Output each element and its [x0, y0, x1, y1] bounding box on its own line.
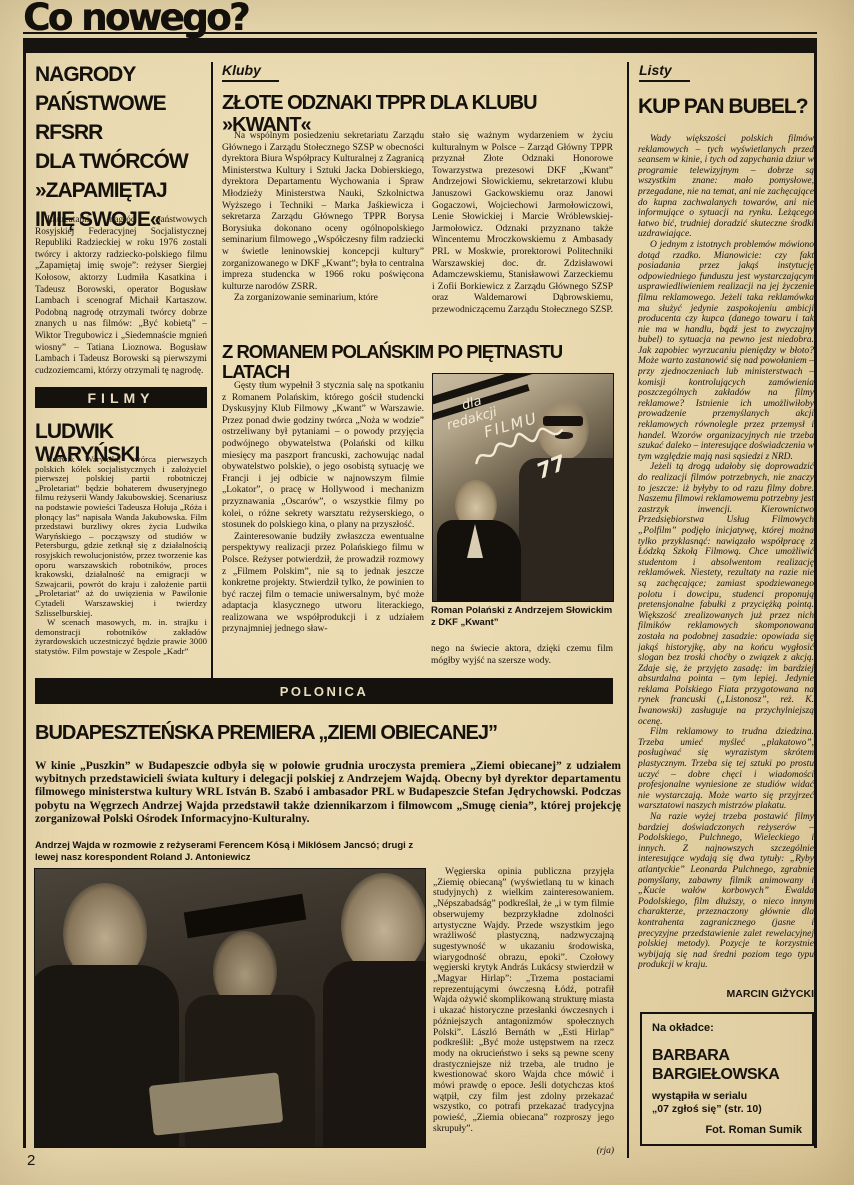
cover-box-label: Na okładce:	[652, 1022, 714, 1034]
filmy-section-label: FILMY	[88, 390, 155, 406]
wajda-photo	[35, 869, 425, 1147]
budapest-article-lead: W kinie „Puszkin” w Budapeszcie odbyła s…	[35, 760, 621, 838]
awards-article-body: Laureatami nagród państwowych Rosyjskiej…	[35, 215, 207, 375]
kwant-article-col1: Na wspólnym posiedzeniu sekretariatu Zar…	[222, 131, 424, 345]
polanski-photo: dla redakcji FILMU 77	[433, 374, 613, 601]
photo-polanski-jacket	[437, 520, 521, 601]
polanski-paragraph-1: Gęsty tłum wypełnił 3 stycznia salę na s…	[222, 381, 424, 532]
cover-box-subtitle: wystąpiła w serialu „07 zgłoś się” (str.…	[652, 1090, 762, 1116]
left-frame-rule	[23, 38, 26, 1148]
warynski-paragraph-2: W scenach masowych, m. in. strajku i dem…	[35, 618, 207, 656]
wajda-photo-caption: Andrzej Wajda w rozmowie z reżyserami Fe…	[35, 840, 439, 863]
cover-reference-box: Na okładce: BARBARA BARGIEŁOWSKA wystąpi…	[640, 1012, 814, 1146]
top-thick-rule	[23, 38, 817, 53]
cover-box-name: BARBARA BARGIEŁOWSKA	[652, 1046, 779, 1084]
polonica-section-label: POLONICA	[280, 684, 369, 699]
kluby-kicker: Kluby	[222, 62, 279, 82]
bubel-paragraph-1: Wady większości polskich filmów reklamow…	[638, 134, 814, 240]
magazine-page: Co nowego? NAGRODY PAŃSTWOWE RFSRR DLA T…	[0, 0, 854, 1185]
polanski-article-body: Gęsty tłum wypełnił 3 stycznia salę na s…	[222, 381, 424, 677]
polonica-section-banner: POLONICA	[35, 678, 613, 704]
awards-paragraph: Laureatami nagród państwowych Rosyjskiej…	[35, 215, 207, 375]
warynski-article-body: Ludwik Waryński, twórca pierwszych polsk…	[35, 455, 207, 677]
top-thin-rule	[23, 32, 817, 34]
warynski-paragraph-1: Ludwik Waryński, twórca pierwszych polsk…	[35, 455, 207, 618]
budapest-review-body: Węgierska opinia publiczna przyjęła „Zie…	[433, 867, 614, 1145]
polanski-photo-caption: Roman Polański z Andrzejem Słowickim z D…	[431, 605, 613, 628]
polanski-article-continuation: nego na świecie aktora, dzięki czemu fil…	[431, 644, 613, 672]
polanski-paragraph-2: Zainteresowanie budziły zwłaszcza ewentu…	[222, 532, 424, 636]
bubel-paragraph-3: Jeżeli tą drogą udałoby się doprowadzić …	[638, 462, 814, 727]
kwant-article-col2: stało się ważnym wydarzeniem w życiu kul…	[432, 131, 613, 333]
column-divider-left	[211, 62, 213, 679]
budapest-article-title: BUDAPESZTEŃSKA PREMIERA „ZIEMI OBIECANEJ…	[35, 723, 620, 745]
column-divider-right	[627, 62, 629, 1158]
budapest-review-signature: (rja)	[433, 1146, 614, 1156]
kwant-paragraph-1: Na wspólnym posiedzeniu sekretariatu Zar…	[222, 131, 424, 293]
bubel-article-author: MARCIN GIŻYCKI	[638, 988, 814, 1000]
photo-figure-right-suit	[323, 961, 425, 1147]
cover-box-photo-credit: Fot. Roman Sumik	[705, 1124, 802, 1136]
bubel-article-body: Wady większości polskich filmów reklamow…	[638, 134, 814, 984]
bubel-paragraph-5: Na razie wyżej trzeba postawić filmy bar…	[638, 812, 814, 971]
bubel-article-title: KUP PAN BUBEL?	[638, 96, 816, 119]
bubel-paragraph-4: Film reklamowy to trudna dziedzina. Trze…	[638, 727, 814, 812]
page-number: 2	[27, 1152, 35, 1169]
kwant-paragraph-2: Za zorganizowanie seminarium, które	[222, 293, 424, 305]
listy-kicker: Listy	[639, 62, 690, 82]
filmy-section-banner: FILMY	[35, 387, 207, 408]
polanski-paragraph-3: nego na świecie aktora, dzięki czemu fil…	[431, 644, 613, 667]
awards-article-title: NAGRODY PAŃSTWOWE RFSRR DLA TWÓRCÓW »ZAP…	[35, 60, 211, 234]
bubel-paragraph-2: O jednym z istotnych problemów mówiono d…	[638, 240, 814, 462]
kwant-article-title: ZŁOTE ODZNAKI TPPR DLA KLUBU »KWANT«	[222, 93, 616, 136]
budapest-review-paragraph: Węgierska opinia publiczna przyjęła „Zie…	[433, 867, 614, 1135]
right-frame-rule	[814, 38, 817, 1148]
kwant-paragraph-3: stało się ważnym wydarzeniem w życiu kul…	[432, 131, 613, 317]
